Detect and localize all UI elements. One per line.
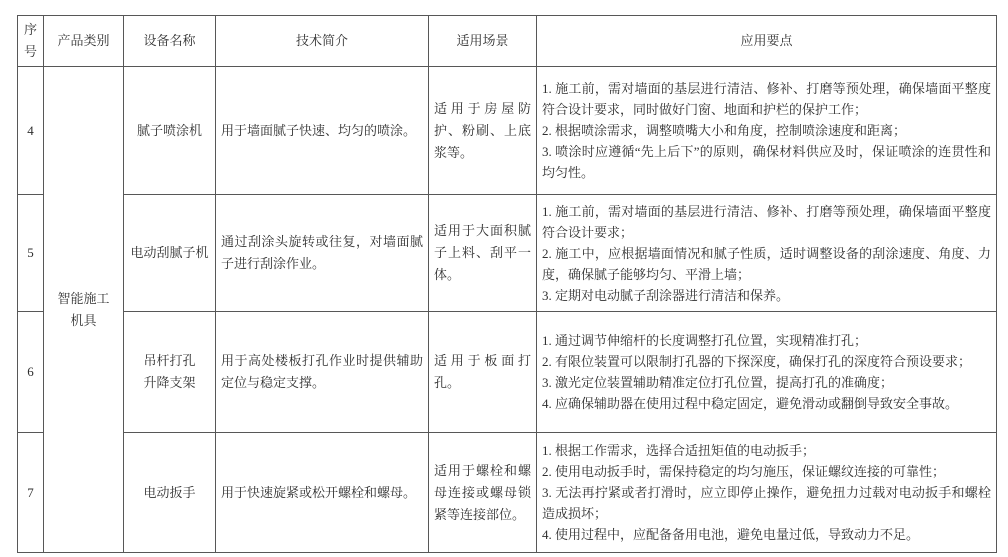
- equipment-table-container: 序号 产品类别 设备名称 技术简介 适用场景 应用要点 4 智能施工 机具 腻子…: [17, 15, 997, 553]
- col-header-equipment-name: 设备名称: [124, 16, 216, 67]
- equipment-name-cell: 电动刮腻子机: [124, 195, 216, 312]
- col-header-tech-intro: 技术简介: [216, 16, 429, 67]
- app-point: 2. 有限位装置可以限制打孔器的下探深度，确保打孔的深度符合预设要求；: [542, 351, 991, 372]
- app-point: 3. 无法再拧紧或者打滑时，应立即停止操作，避免扭力过载对电动扳手和螺栓造成损坏…: [542, 482, 991, 524]
- col-header-use-scene: 适用场景: [429, 16, 537, 67]
- app-points-cell: 1. 施工前，需对墙面的基层进行清洁、修补、打磨等预处理，确保墙面平整度符合设计…: [537, 67, 997, 195]
- use-scene-cell: 适用于房屋防护、粉刷、上底浆等。: [429, 67, 537, 195]
- use-scene-cell: 适用于螺栓和螺母连接或螺母锁紧等连接部位。: [429, 433, 537, 553]
- app-point: 4. 使用过程中，应配备备用电池，避免电量过低，导致动力不足。: [542, 524, 991, 545]
- app-points-cell: 1. 施工前，需对墙面的基层进行清洁、修补、打磨等预处理，确保墙面平整度符合设计…: [537, 195, 997, 312]
- app-point: 1. 施工前，需对墙面的基层进行清洁、修补、打磨等预处理，确保墙面平整度符合设计…: [542, 78, 991, 120]
- col-header-category: 产品类别: [44, 16, 124, 67]
- equipment-name-cell: 电动扳手: [124, 433, 216, 553]
- app-point: 2. 根据喷涂需求，调整喷嘴大小和角度，控制喷涂速度和距离；: [542, 120, 991, 141]
- app-point: 3. 喷涂时应遵循“先上后下”的原则，确保材料供应及时，保证喷涂的连贯性和均匀性…: [542, 141, 991, 183]
- app-point: 3. 定期对电动腻子刮涂器进行清洁和保养。: [542, 285, 991, 306]
- row-index: 5: [18, 195, 44, 312]
- col-header-index: 序号: [18, 16, 44, 67]
- tech-intro-cell: 用于高处楼板打孔作业时提供辅助定位与稳定支撑。: [216, 312, 429, 433]
- table-row: 7 电动扳手 用于快速旋紧或松开螺栓和螺母。 适用于螺栓和螺母连接或螺母锁紧等连…: [18, 433, 997, 553]
- app-point: 1. 通过调节伸缩杆的长度调整打孔位置，实现精准打孔；: [542, 330, 991, 351]
- app-points-cell: 1. 通过调节伸缩杆的长度调整打孔位置，实现精准打孔； 2. 有限位装置可以限制…: [537, 312, 997, 433]
- row-index: 6: [18, 312, 44, 433]
- tech-intro-cell: 用于墙面腻子快速、均匀的喷涂。: [216, 67, 429, 195]
- document-page: 序号 产品类别 设备名称 技术简介 适用场景 应用要点 4 智能施工 机具 腻子…: [0, 0, 1008, 557]
- app-points-cell: 1. 根据工作需求，选择合适扭矩值的电动扳手； 2. 使用电动扳手时，需保持稳定…: [537, 433, 997, 553]
- app-point: 3. 激光定位装置辅助精准定位打孔位置，提高打孔的准确度；: [542, 372, 991, 393]
- equipment-table: 序号 产品类别 设备名称 技术简介 适用场景 应用要点 4 智能施工 机具 腻子…: [17, 15, 997, 553]
- table-header-row: 序号 产品类别 设备名称 技术简介 适用场景 应用要点: [18, 16, 997, 67]
- app-point: 2. 施工中，应根据墙面情况和腻子性质，适时调整设备的刮涂速度、角度、力度，确保…: [542, 243, 991, 285]
- use-scene-cell: 适用于板面打孔。: [429, 312, 537, 433]
- app-point: 1. 施工前，需对墙面的基层进行清洁、修补、打磨等预处理，确保墙面平整度符合设计…: [542, 201, 991, 243]
- table-row: 4 智能施工 机具 腻子喷涂机 用于墙面腻子快速、均匀的喷涂。 适用于房屋防护、…: [18, 67, 997, 195]
- app-point: 1. 根据工作需求，选择合适扭矩值的电动扳手；: [542, 440, 991, 461]
- use-scene-cell: 适用于大面积腻子上料、刮平一体。: [429, 195, 537, 312]
- table-row: 5 电动刮腻子机 通过刮涂头旋转或往复，对墙面腻子进行刮涂作业。 适用于大面积腻…: [18, 195, 997, 312]
- equipment-name-cell: 腻子喷涂机: [124, 67, 216, 195]
- tech-intro-cell: 用于快速旋紧或松开螺栓和螺母。: [216, 433, 429, 553]
- row-index: 7: [18, 433, 44, 553]
- col-header-app-points: 应用要点: [537, 16, 997, 67]
- table-row: 6 吊杆打孔 升降支架 用于高处楼板打孔作业时提供辅助定位与稳定支撑。 适用于板…: [18, 312, 997, 433]
- app-point: 2. 使用电动扳手时，需保持稳定的均匀施压，保证螺纹连接的可靠性；: [542, 461, 991, 482]
- tech-intro-cell: 通过刮涂头旋转或往复，对墙面腻子进行刮涂作业。: [216, 195, 429, 312]
- row-index: 4: [18, 67, 44, 195]
- equipment-name-cell: 吊杆打孔 升降支架: [124, 312, 216, 433]
- app-point: 4. 应确保辅助器在使用过程中稳定固定，避免滑动或翻倒导致安全事故。: [542, 393, 991, 414]
- product-category-cell: 智能施工 机具: [44, 67, 124, 553]
